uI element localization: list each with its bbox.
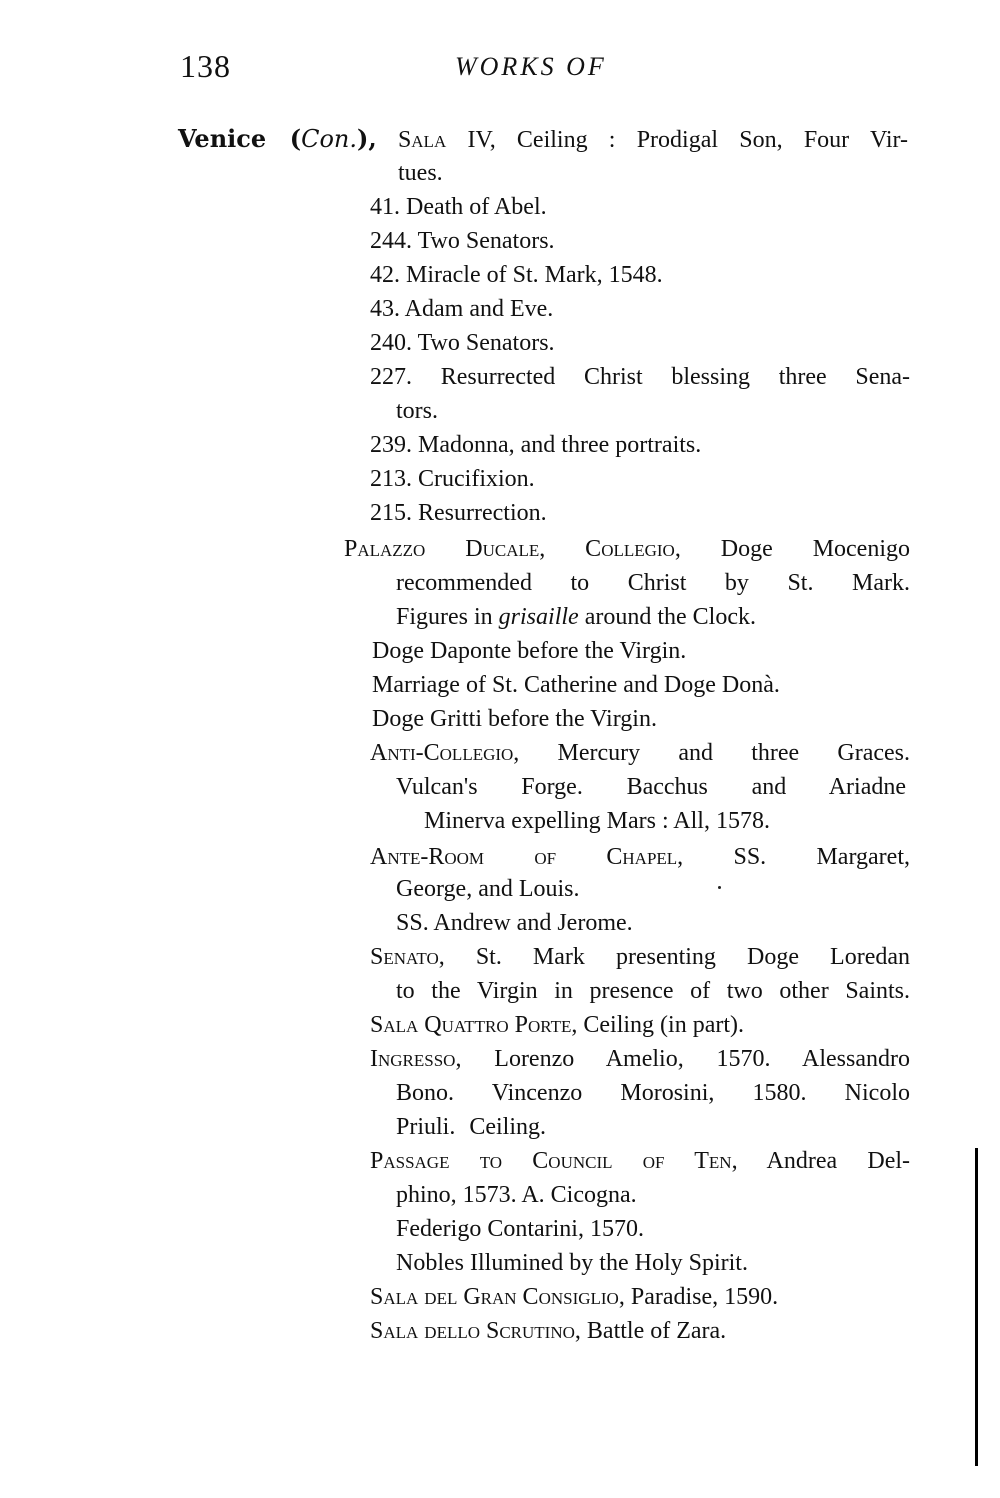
- room-name: Passage to Council of Ten,: [370, 1148, 738, 1174]
- section-line: Passage to Council of Ten, Andrea Del-: [370, 1146, 910, 1176]
- text-line: recommended to Christ by St. Mark.: [396, 568, 910, 598]
- text-line: Federigo Contarini, 1570.: [396, 1214, 644, 1244]
- room-name: Sala: [398, 127, 446, 153]
- section-line: Sala Quattro Porte, Ceiling (in part).: [370, 1010, 744, 1040]
- text-line: Marriage of St. Catherine and Doge Donà.: [372, 670, 780, 700]
- text-line: tors.: [396, 396, 438, 426]
- running-title: WORKS OF: [455, 52, 607, 82]
- section-line: Anti-Collegio, Mercury and three Graces.: [370, 738, 910, 768]
- text-line: phino, 1573. A. Cicogna.: [396, 1180, 637, 1210]
- room-name: Sala dello Scrutino,: [370, 1318, 581, 1344]
- section-line: Ingresso, Lorenzo Amelio, 1570. Alessand…: [370, 1044, 910, 1074]
- room-name: Ante-Room of Chapel,: [370, 844, 683, 870]
- text-line: Priuli. Ceiling.: [396, 1112, 546, 1142]
- scan-edge-line: [975, 1148, 978, 1466]
- text-line: Doge Daponte before the Virgin.: [372, 636, 686, 666]
- section-line: Sala dello Scrutino, Battle of Zara.: [370, 1316, 726, 1346]
- section-line: Senato, St. Mark presenting Doge Loredan: [370, 942, 910, 972]
- list-item: 227. Resurrected Christ blessing three S…: [370, 362, 910, 392]
- print-speck: [718, 886, 721, 889]
- page-number: 138: [180, 48, 231, 84]
- list-item: 239. Madonna, and three portraits.: [370, 430, 701, 460]
- list-item: 244. Two Senators.: [370, 226, 555, 256]
- list-item: 43. Adam and Eve.: [370, 294, 553, 324]
- list-item: 240. Two Senators.: [370, 328, 555, 358]
- room-name: Sala Quattro Porte,: [370, 1012, 577, 1038]
- section-line: Ante-Room of Chapel, SS. Margaret,: [370, 842, 910, 872]
- text-line: Bono. Vincenzo Morosini, 1580. Nicolo: [396, 1078, 910, 1108]
- list-item: 215. Resurrection.: [370, 498, 547, 528]
- text-line: George, and Louis.: [396, 874, 580, 904]
- text-line: to the Virgin in presence of two other S…: [396, 976, 910, 1006]
- text-line: Vulcan's Forge. Bacchus and Ariadne: [396, 772, 906, 802]
- text-line: Nobles Illumined by the Holy Spirit.: [396, 1248, 748, 1278]
- room-name: Senato,: [370, 944, 445, 970]
- room-name: Palazzo Ducale, Collegio,: [344, 536, 681, 562]
- list-item: 42. Miracle of St. Mark, 1548.: [370, 260, 663, 290]
- room-name: Anti-Collegio,: [370, 740, 519, 766]
- list-item: 41. Death of Abel.: [370, 192, 547, 222]
- text-line: tues.: [398, 158, 443, 188]
- place-name: Venice (Con.),: [178, 124, 377, 153]
- text-line: SS. Andrew and Jerome.: [396, 908, 633, 938]
- text-line: Doge Gritti before the Virgin.: [372, 704, 657, 734]
- text-line: Minerva expelling Mars : All, 1578.: [424, 806, 770, 836]
- section-line: Sala del Gran Consiglio, Paradise, 1590.: [370, 1282, 778, 1312]
- entry-heading-line: Venice (Con.), Sala IV, Ceiling : Prodig…: [178, 124, 908, 155]
- text-line: Figures in grisaille around the Clock.: [396, 602, 756, 632]
- room-name: Ingresso,: [370, 1046, 461, 1072]
- list-item: 213. Crucifixion.: [370, 464, 535, 494]
- section-line: Palazzo Ducale, Collegio, Doge Mocenigo: [344, 534, 910, 564]
- room-name: Sala del Gran Consiglio,: [370, 1284, 625, 1310]
